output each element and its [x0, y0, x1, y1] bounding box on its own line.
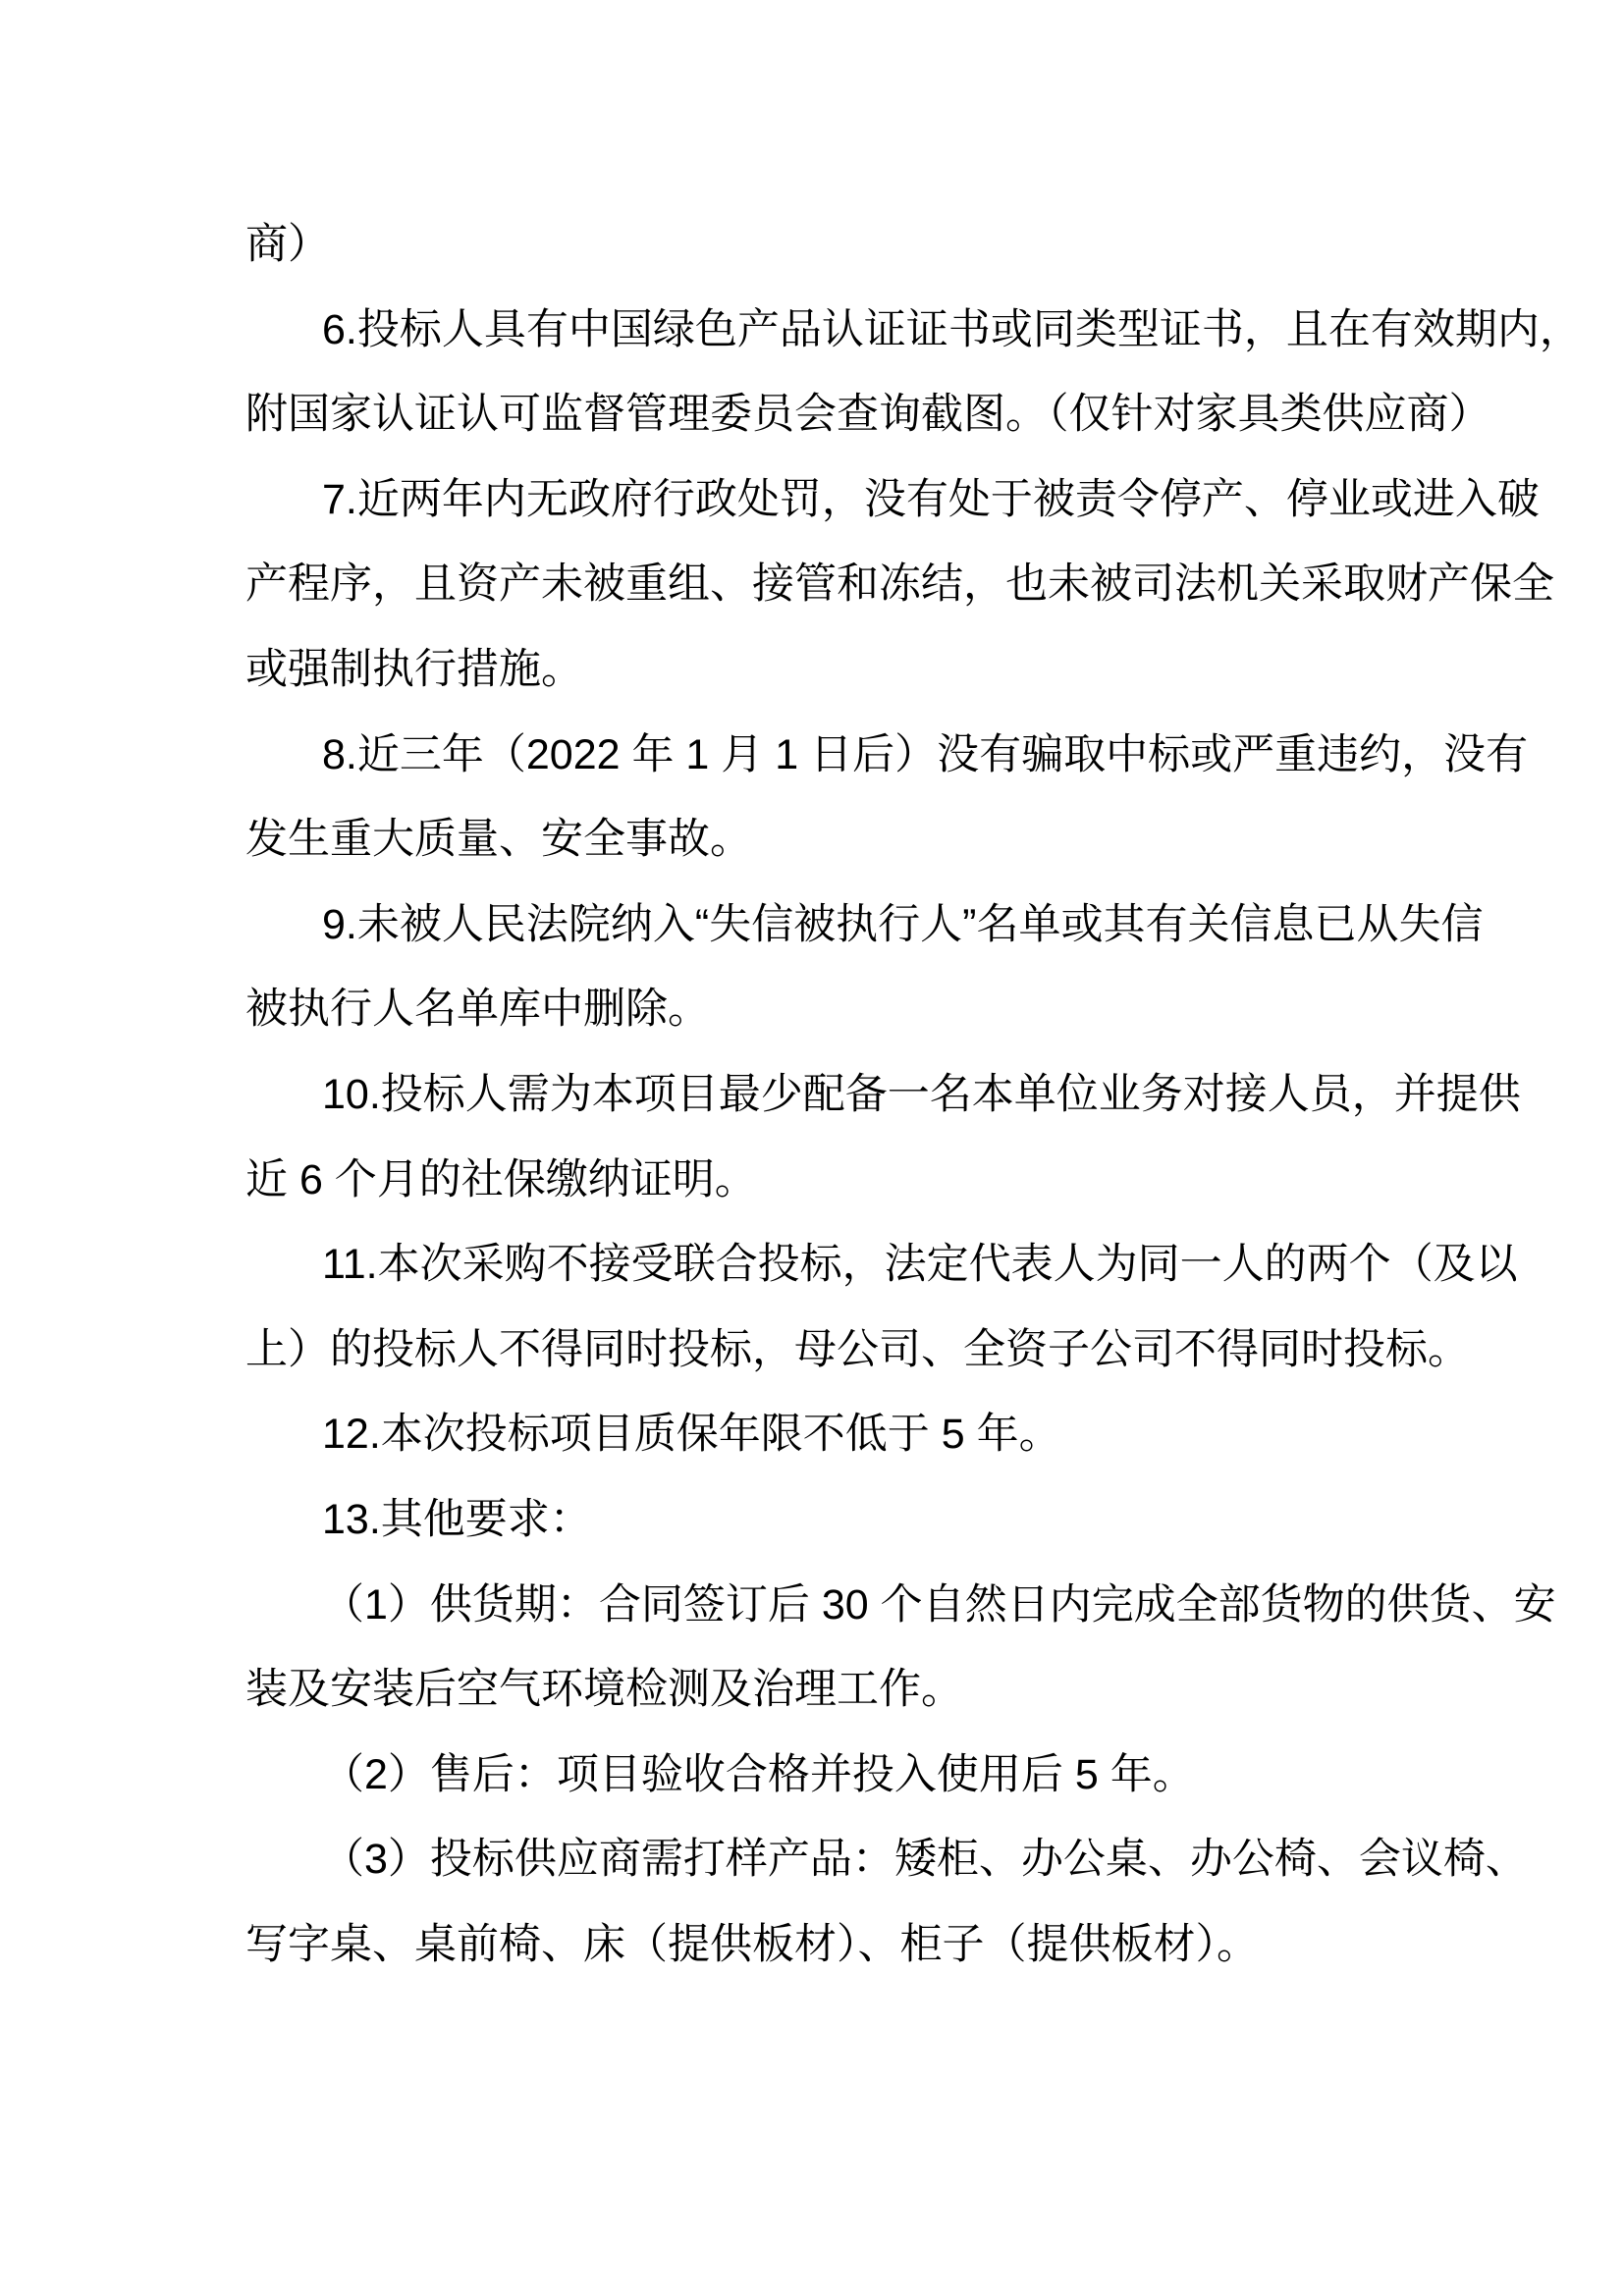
- document-line: 商）: [245, 202, 1394, 288]
- document-line: 7.近两年内无政府行政处罚，没有处于被责令停产、停业或进入破: [245, 457, 1394, 543]
- document-line: （2）售后：项目验收合格并投入使用后 5 年。: [245, 1733, 1394, 1818]
- document-line: 10.投标人需为本项目最少配备一名本单位业务对接人员，并提供: [245, 1052, 1394, 1138]
- document-line: 产程序，且资产未被重组、接管和冻结，也未被司法机关采取财产保全: [245, 542, 1394, 627]
- document-line: 8.近三年（2022 年 1 月 1 日后）没有骗取中标或严重违约，没有: [245, 713, 1394, 798]
- document-line: 装及安装后空气环境检测及治理工作。: [245, 1647, 1394, 1733]
- document-line: （1）供货期：合同签订后 30 个自然日内完成全部货物的供货、安: [245, 1563, 1394, 1648]
- document-line: （3）投标供应商需打样产品：矮柜、办公桌、办公椅、会议椅、: [245, 1817, 1394, 1902]
- document-line: 上）的投标人不得同时投标，母公司、全资子公司不得同时投标。: [245, 1308, 1394, 1393]
- document-line: 近 6 个月的社保缴纳证明。: [245, 1138, 1394, 1223]
- document-line: 12.本次投标项目质保年限不低于 5 年。: [245, 1392, 1394, 1477]
- document-line: 被执行人名单库中删除。: [245, 967, 1394, 1052]
- document-line: 11.本次采购不接受联合投标，法定代表人为同一人的两个（及以: [245, 1222, 1394, 1308]
- document-line: 或强制执行措施。: [245, 627, 1394, 713]
- document-line: 6.投标人具有中国绿色产品认证证书或同类型证书，且在有效期内，: [245, 288, 1394, 373]
- document-line: 写字桌、桌前椅、床（提供板材）、柜子（提供板材）。: [245, 1902, 1394, 1988]
- document-line: 发生重大质量、安全事故。: [245, 797, 1394, 882]
- document-line: 附国家认证认可监督管理委员会查询截图。（仅针对家具类供应商）: [245, 372, 1394, 457]
- document-line: 13.其他要求：: [245, 1477, 1394, 1563]
- document-body: 商） 6.投标人具有中国绿色产品认证证书或同类型证书，且在有效期内， 附国家认证…: [245, 202, 1394, 1987]
- document-page: 商） 6.投标人具有中国绿色产品认证证书或同类型证书，且在有效期内， 附国家认证…: [0, 0, 1624, 2296]
- document-line: 9.未被人民法院纳入“失信被执行人”名单或其有关信息已从失信: [245, 882, 1394, 968]
